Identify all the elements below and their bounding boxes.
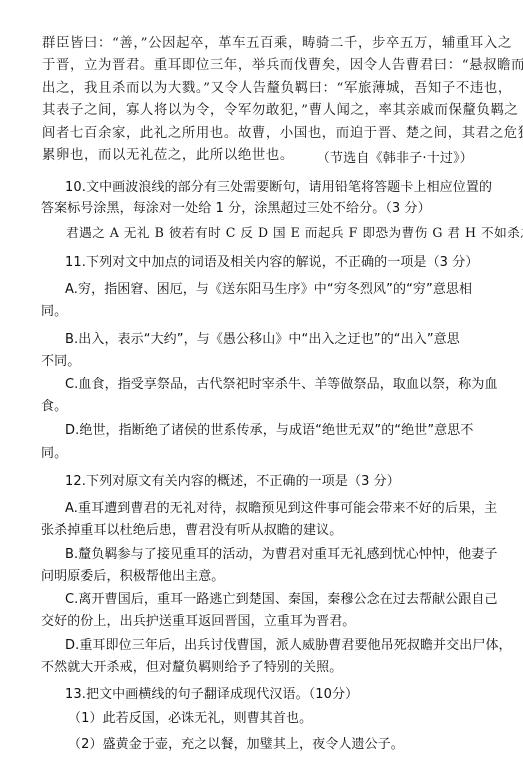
- question-10-sentence: 君遇之 A 无礼 B 彼若有时 C 反 D 国 E 而起兵 F 即恐为曹伤 G …: [66, 224, 523, 242]
- question-11-stem: 11.下列对文中加点的词语及相关内容的解说，不正确的一项是（3 分）: [65, 254, 478, 272]
- option-d: D.重耳即位三年后，出兵讨伐曹国，派人威胁曹君要他吊死叔瞻并交出尸体，: [65, 637, 512, 655]
- passage-line: 出之，我且杀而以为大戮。”又令人告釐负羁曰：“军旅薄城，吾知子不违也，: [42, 80, 512, 98]
- passage-line: 其表子之间，寡人将以为令，令军勿敢犯，”曹人闻之，率其亲戚而保釐负羁之: [42, 102, 518, 120]
- question-13-stem: 13.把文中画横线的句子翻译成现代汉语。（10分）: [65, 686, 358, 704]
- option-d-cont: 不然就大开杀戒，但对釐负羁则给予了特别的关照。: [41, 659, 342, 677]
- passage-line: 闾者七百余家，此礼之所用也。故曹，小国也，而迫于晋、楚之间，其君之危犹: [42, 125, 523, 143]
- question-12-stem: 12.下列对原文有关内容的概述，不正确的一项是（3 分）: [65, 473, 400, 491]
- option-b-cont: 不同。: [41, 353, 80, 371]
- passage-source: （节选自《韩非子·十过》）: [317, 150, 473, 168]
- option-a-cont: 同。: [41, 303, 67, 321]
- option-d: D.绝世，指断绝了诸侯的世系传承，与成语“绝世无双”的“绝世”意思不: [65, 422, 473, 440]
- question-13-item-1: （1）此若反国，必诛无礼，则曹其首也。: [68, 710, 312, 728]
- exam-page: 群臣皆曰：“善，”公因起卒，革车五百乘，畴骑二千，步卒五万，辅重耳入之 于晋，立…: [0, 0, 523, 778]
- option-a-cont: 张杀掉重耳以杜绝后患，曹君没有听从叔瞻的建议。: [41, 522, 342, 540]
- option-b: B.出入，表示“大约”，与《愚公移山》中“出入之迂也”的“出入”意思: [65, 331, 460, 349]
- option-b-cont: 问明原委后，积极帮他出主意。: [41, 568, 224, 586]
- option-d-cont: 同。: [41, 445, 67, 463]
- option-a: A.重耳遭到曹君的无礼对待，叔瞻预见到这件事可能会带来不好的后果，主: [65, 500, 497, 518]
- option-c-cont: 交好的份上，出兵护送重耳返回晋国，立重耳为晋君。: [41, 613, 355, 631]
- passage-line: 群臣皆曰：“善，”公因起卒，革车五百乘，畴骑二千，步卒五万，辅重耳入之: [42, 35, 512, 53]
- passage-line: 累卵也，而以无礼莅之，此所以绝世也。: [42, 147, 294, 165]
- option-a: A.穷，指困窘、困厄，与《送东阳马生序》中“穷冬烈风”的“穷”意思相: [65, 281, 472, 299]
- option-b: B.釐负羁参与了接见重耳的活动，为曹君对重耳无礼感到忧心忡忡，他妻子: [65, 546, 497, 564]
- option-c-cont: 食。: [41, 398, 67, 416]
- option-c: C.血食，指受享祭品，古代祭祀时宰杀牛、羊等做祭品，取血以祭，称为血: [65, 376, 498, 394]
- option-c: C.离开曹国后，重耳一路逃亡到楚国、秦国，秦穆公念在过去帮献公跟自己: [65, 591, 498, 609]
- question-10-stem: 10.文中画波浪线的部分有三处需要断句，请用铅笔将答题卡上相应位置的: [65, 179, 492, 197]
- passage-line: 于晋，立为晋君。重耳即位三年，举兵而伐曹矣，因令人告曹君曰：“悬叔瞻而: [42, 57, 523, 75]
- question-10-stem-cont: 答案标号涂黑，每涂对一处给 1 分，涂黑超过三处不给分。（3 分）: [41, 200, 431, 218]
- question-13-item-2: （2）盛黄金于壶，充之以餐，加璧其上，夜令人遗公子。: [68, 736, 404, 754]
